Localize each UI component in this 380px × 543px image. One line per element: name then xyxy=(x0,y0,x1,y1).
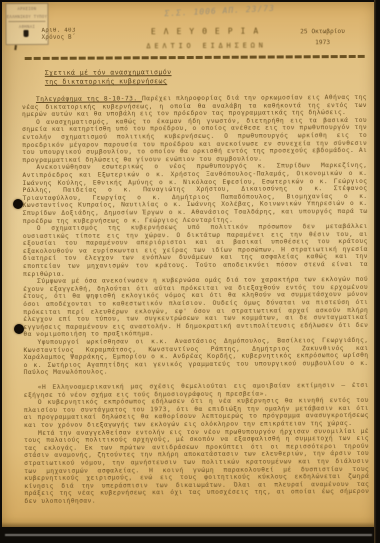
stamp-divider xyxy=(8,21,45,22)
handwritten-annotation: Σ.Σ. 1006 ΑΠ. 23/73 xyxy=(164,2,304,18)
paragraph: Μετά την αναγγελθείσαν εντολήν εις τον ν… xyxy=(24,427,369,505)
paragraph-lead: Τηλεγράφημα της 8-10-73. xyxy=(36,95,142,103)
stamp-line: ΑΡΧΕΙΟΝ xyxy=(6,6,47,12)
scan-edge-right xyxy=(374,0,380,543)
paragraph: Ανεκοινώθησαν εσωτερικώς ο νέος πρωθυπου… xyxy=(22,162,367,225)
date-text: 25 Οκτωβρίου xyxy=(290,28,356,35)
punch-hole xyxy=(14,324,24,334)
document-content: ΑΡΧΕΙΟΝ ΕΛΛΗΝΙΚΟΥ ΤΥΠΟΥ ΑΘΗΝΑΙ Αριθ. 403… xyxy=(0,0,380,543)
paragraph: Υφυπουργοί ωρκίσθησαν οι κ.κ. Αναστάσιος… xyxy=(23,337,368,377)
paragraph: Ο κυβερνητικός εκπρόσωπος εδήλωσεν ότι η… xyxy=(24,397,369,429)
paragraph: Ο ανασχηματισμός, καθώς το έκαμαν ήδη γν… xyxy=(22,117,367,165)
masthead-subtitle: ΔΕΛΤΙΟ ΕΙΔΗΣΕΩΝ xyxy=(117,41,293,50)
paragraph: Σύμφωνα μέ όσα ανεκοίνωσεν η κυβερνώσα ο… xyxy=(23,276,368,339)
scan-edge-top xyxy=(0,0,380,2)
document-body: Τηλεγράφημα της 8-10-73. Παρέχει πληροφο… xyxy=(22,94,369,506)
scanned-document: ΑΡΧΕΙΟΝ ΕΛΛΗΝΙΚΟΥ ΤΥΠΟΥ ΑΘΗΝΑΙ Αριθ. 403… xyxy=(0,0,380,543)
scanner-edge-line xyxy=(5,534,372,536)
paragraph: Ο σχηματισμός της κυβερνήσεως υπό πολιτι… xyxy=(23,223,368,278)
typed-dashed-rule xyxy=(25,55,367,60)
subject-heading-line2: της δικτατορικής κυβερνήσεως xyxy=(45,77,167,86)
issue-series: Χρόνος Β΄ xyxy=(42,35,76,42)
issue-reference: Αριθ. 403 Χρόνος Β΄ xyxy=(42,28,76,42)
punch-hole xyxy=(13,199,23,209)
masthead-title: ΕΛΕΥΘΕΡΙΑ xyxy=(117,26,293,36)
year-text: 1973 xyxy=(290,39,356,46)
stamp-ink-blot xyxy=(24,30,29,37)
masthead: ΕΛΕΥΘΕΡΙΑ ΔΕΛΤΙΟ ΕΙΔΗΣΕΩΝ xyxy=(117,26,293,50)
subject-heading-line1: Σχετικά μέ τόν ανασχηματισμόν xyxy=(45,68,172,77)
stamp-line: ΕΛΛΗΝΙΚΟΥ ΤΥΠΟΥ xyxy=(6,13,47,19)
subject-heading: Σχετικά μέ τόν ανασχηματισμόν της δικτατ… xyxy=(45,68,172,87)
scan-edge-left xyxy=(0,0,2,543)
paragraph: Τηλεγράφημα της 8-10-73. Παρέχει πληροφο… xyxy=(22,94,367,119)
dateline: 25 Οκτωβρίου 1973 xyxy=(290,28,356,46)
pencil-tick-mark xyxy=(14,45,17,50)
